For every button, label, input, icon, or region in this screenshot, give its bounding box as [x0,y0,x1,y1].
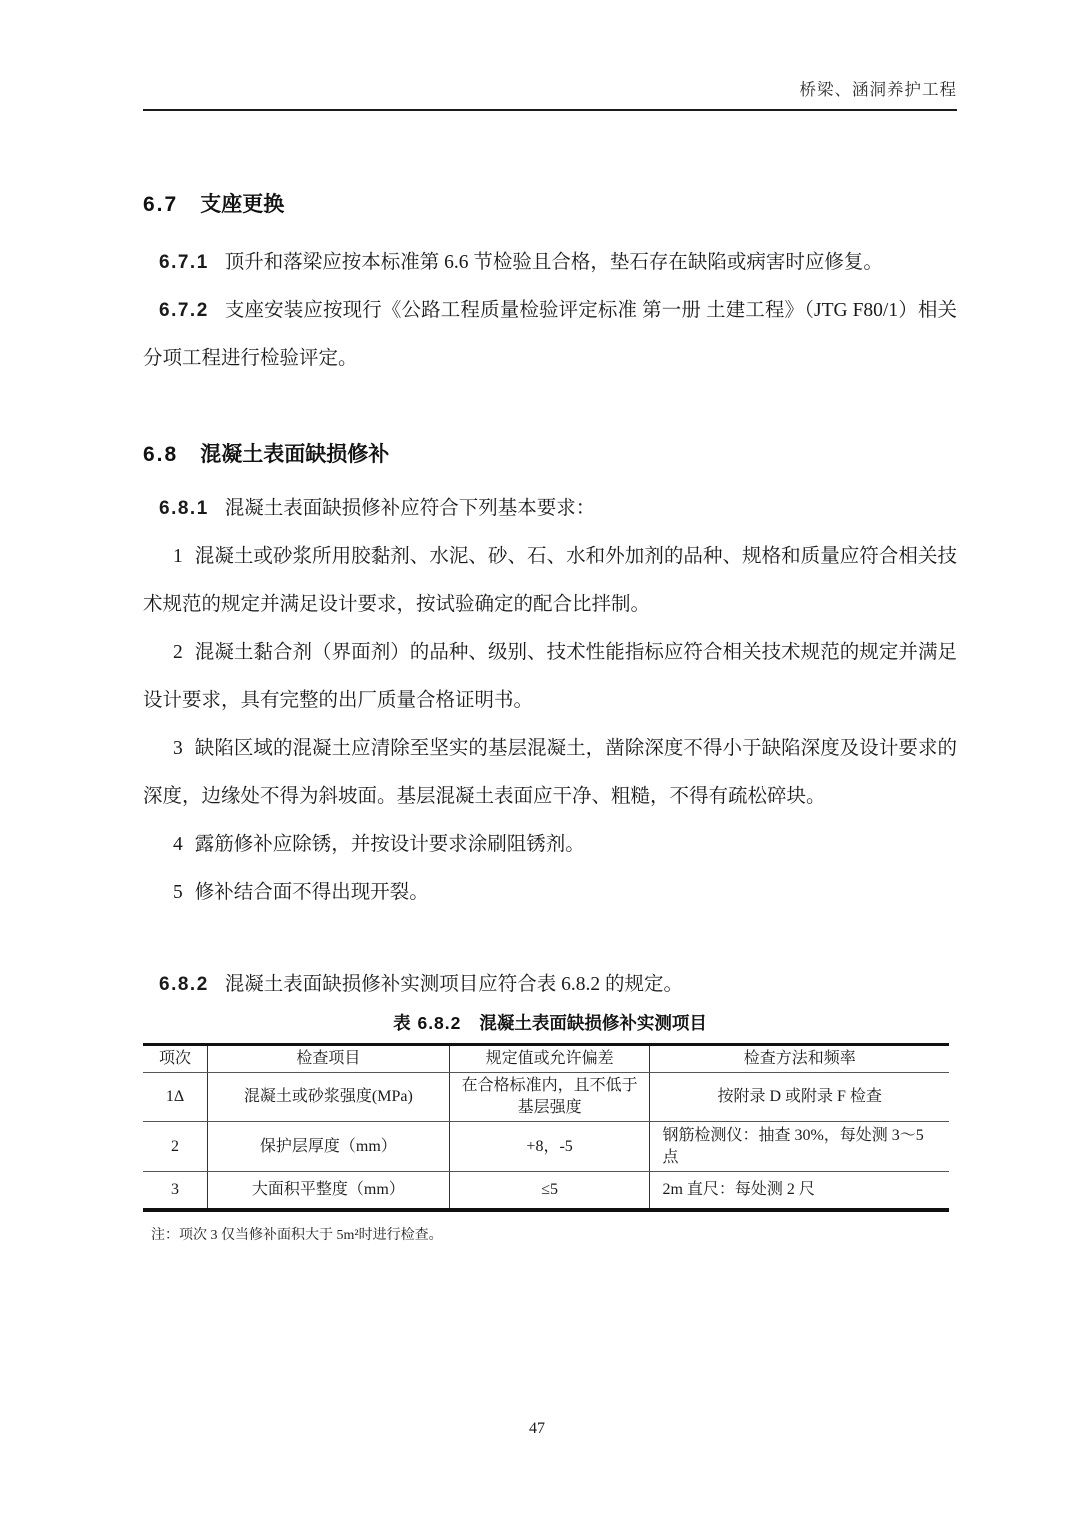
table-row: 2 保护层厚度（mm） +8，-5 钢筋检测仪：抽查 30%，每处测 3～5 点 [143,1122,949,1172]
section-title: 支座更换 [200,193,284,216]
cell-check-item: 大面积平整度（mm） [207,1172,449,1210]
clause-6-8-2: 6.8.2混凝土表面缺损修补实测项目应符合表 6.8.2 的规定。 [143,961,957,1009]
list-item-number: 1 [173,546,183,567]
section-heading-6-7: 6.7支座更换 [143,191,957,219]
page-number: 47 [0,1420,1074,1438]
clause-6-8-1: 6.8.1混凝土表面缺损修补应符合下列基本要求： [143,485,957,533]
running-header: 桥梁、涵洞养护工程 [143,0,957,111]
clause-number: 6.7.2 [159,300,209,321]
clause-number: 6.8.2 [159,974,209,995]
list-item-4: 4露筋修补应除锈，并按设计要求涂刷阻锈剂。 [143,821,957,869]
clause-text: 混凝土表面缺损修补实测项目应符合表 6.8.2 的规定。 [225,974,683,995]
list-item-text: 混凝土黏合剂（界面剂）的品种、级别、技术性能指标应符合相关技术规范的规定并满足设… [143,642,957,711]
table-note: 注：项次 3 仅当修补面积大于 5m²时进行检查。 [143,1226,957,1246]
section-number: 6.8 [143,443,178,466]
list-item-text: 混凝土或砂浆所用胶黏剂、水泥、砂、石、水和外加剂的品种、规格和质量应符合相关技术… [143,546,957,615]
header-cell-item-no: 项次 [143,1045,207,1073]
cell-tolerance: +8，-5 [449,1122,650,1172]
list-item-text: 露筋修补应除锈，并按设计要求涂刷阻锈剂。 [195,834,585,855]
table-caption: 表 6.8.2混凝土表面缺损修补实测项目 [143,1011,957,1035]
clause-number: 6.7.1 [159,252,209,273]
header-cell-method: 检查方法和频率 [650,1045,949,1073]
section-number: 6.7 [143,193,178,216]
document-page: 桥梁、涵洞养护工程 6.7支座更换 6.7.1顶升和落梁应按本标准第 6.6 节… [0,0,1074,1520]
clause-text: 顶升和落梁应按本标准第 6.6 节检验且合格，垫石存在缺陷或病害时应修复。 [225,252,883,273]
list-item-number: 3 [173,738,183,759]
page-content: 桥梁、涵洞养护工程 6.7支座更换 6.7.1顶升和落梁应按本标准第 6.6 节… [0,0,1074,1246]
cell-tolerance: 在合格标准内，且不低于基层强度 [449,1073,650,1122]
section-title: 混凝土表面缺损修补 [200,443,389,466]
cell-item-no: 3 [143,1172,207,1210]
header-cell-tolerance: 规定值或允许偏差 [449,1045,650,1073]
table-caption-title: 混凝土表面缺损修补实测项目 [479,1013,707,1033]
header-cell-check-item: 检查项目 [207,1045,449,1073]
list-item-text: 修补结合面不得出现开裂。 [195,882,429,903]
list-item-2: 2混凝土黏合剂（界面剂）的品种、级别、技术性能指标应符合相关技术规范的规定并满足… [143,629,957,725]
list-item-number: 5 [173,882,183,903]
clause-text: 支座安装应按现行《公路工程质量检验评定标准 第一册 土建工程》（JTG F80/… [143,300,957,369]
list-item-number: 2 [173,642,183,663]
cell-tolerance: ≤5 [449,1172,650,1210]
table-row: 1Δ 混凝土或砂浆强度(MPa) 在合格标准内，且不低于基层强度 按附录 D 或… [143,1073,949,1122]
cell-method: 2m 直尺：每处测 2 尺 [650,1172,949,1210]
clause-number: 6.8.1 [159,498,209,519]
list-item-3: 3缺陷区域的混凝土应清除至坚实的基层混凝土，凿除深度不得小于缺陷深度及设计要求的… [143,725,957,821]
clause-6-7-1: 6.7.1顶升和落梁应按本标准第 6.6 节检验且合格，垫石存在缺陷或病害时应修… [143,239,957,287]
cell-check-item: 保护层厚度（mm） [207,1122,449,1172]
list-item-text: 缺陷区域的混凝土应清除至坚实的基层混凝土，凿除深度不得小于缺陷深度及设计要求的深… [143,738,957,807]
section-heading-6-8: 6.8混凝土表面缺损修补 [143,441,957,469]
table-header-row: 项次 检查项目 规定值或允许偏差 检查方法和频率 [143,1045,949,1073]
cell-method: 钢筋检测仪：抽查 30%，每处测 3～5 点 [650,1122,949,1172]
cell-method: 按附录 D 或附录 F 检查 [650,1073,949,1122]
cell-check-item: 混凝土或砂浆强度(MPa) [207,1073,449,1122]
list-item-5: 5修补结合面不得出现开裂。 [143,869,957,917]
clause-text: 混凝土表面缺损修补应符合下列基本要求： [225,498,596,519]
table-row: 3 大面积平整度（mm） ≤5 2m 直尺：每处测 2 尺 [143,1172,949,1210]
spec-table: 项次 检查项目 规定值或允许偏差 检查方法和频率 1Δ 混凝土或砂浆强度(MPa… [143,1043,949,1212]
table-caption-label: 表 6.8.2 [393,1013,461,1033]
running-header-text: 桥梁、涵洞养护工程 [800,80,958,99]
clause-6-7-2: 6.7.2支座安装应按现行《公路工程质量检验评定标准 第一册 土建工程》（JTG… [143,287,957,383]
list-item-number: 4 [173,834,183,855]
cell-item-no: 1Δ [143,1073,207,1122]
cell-item-no: 2 [143,1122,207,1172]
list-item-1: 1混凝土或砂浆所用胶黏剂、水泥、砂、石、水和外加剂的品种、规格和质量应符合相关技… [143,533,957,629]
